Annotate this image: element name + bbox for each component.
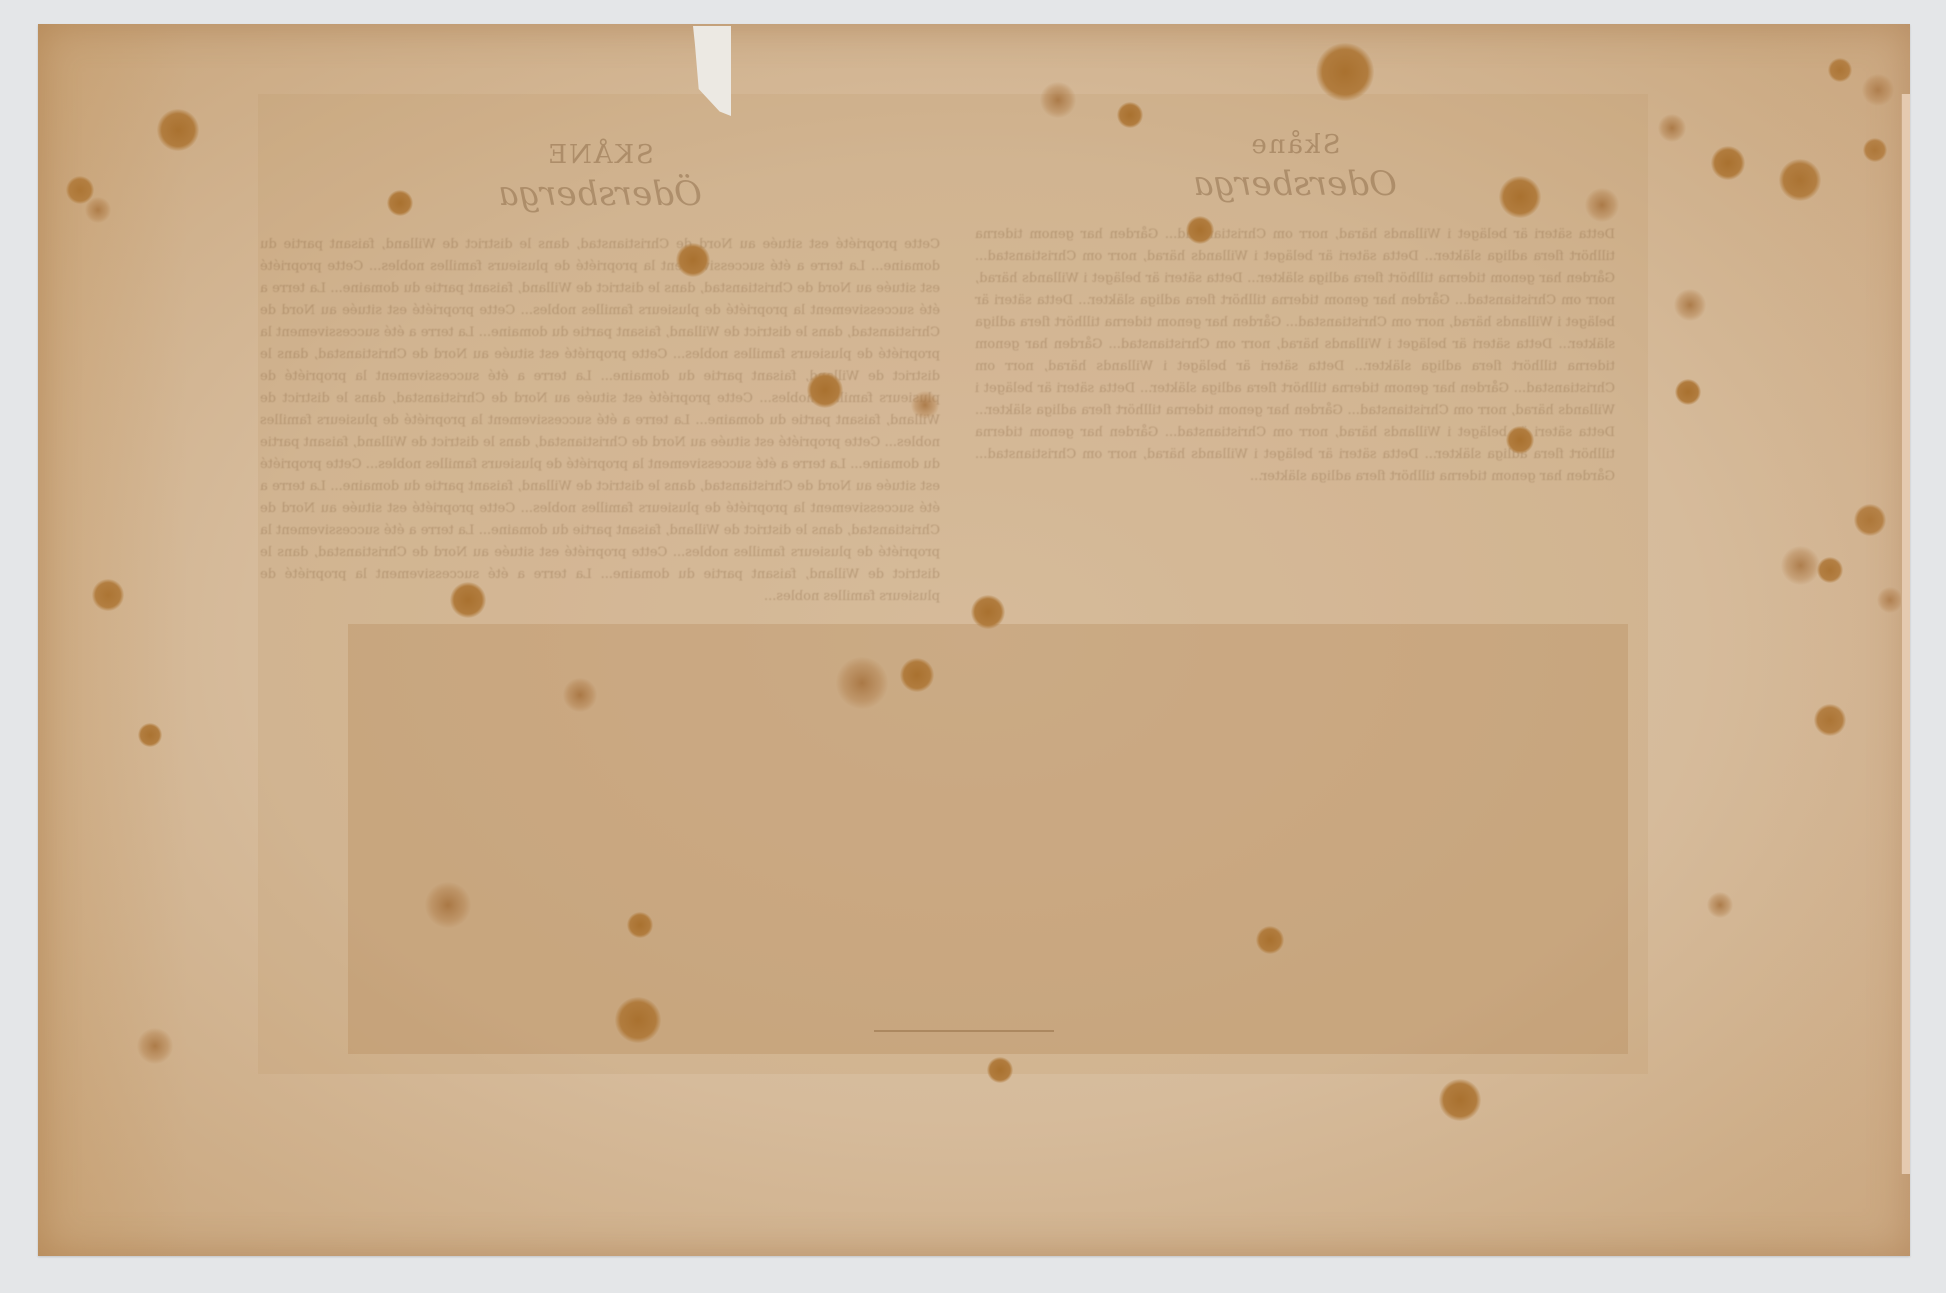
foxing-spot [900, 658, 934, 692]
left-column-body: Cette propriété est située au Nord de Ch… [260, 234, 940, 608]
right-column-title: Skåne [975, 130, 1615, 160]
foxing-spot [1117, 102, 1143, 128]
foxing-spot [1040, 82, 1076, 118]
foxing-spot [1814, 704, 1845, 735]
left-column-subtitle: Ödersberga [260, 174, 940, 214]
foxing-spot [1674, 289, 1705, 320]
foxing-spot [1877, 587, 1903, 613]
mirrored-column-left: SKÅNE Ödersberga Cette propriété est sit… [260, 140, 940, 608]
foxing-spot [1854, 504, 1885, 535]
foxing-spot [971, 595, 1005, 629]
foxing-spot [1675, 379, 1701, 405]
foxing-spot [137, 1028, 173, 1064]
foxing-spot [987, 1057, 1013, 1083]
foxing-spot [1585, 188, 1619, 222]
foxing-spot [676, 243, 710, 277]
foxing-spot [1779, 159, 1821, 201]
foxing-spot [450, 582, 486, 618]
show-through-illustration [348, 624, 1628, 1054]
foxing-spot [1707, 892, 1733, 918]
foxing-spot [85, 197, 111, 223]
foxing-spot [1499, 176, 1541, 218]
foxing-spot [1817, 557, 1843, 583]
torn-right-edge [1901, 94, 1910, 1174]
left-column-title: SKÅNE [260, 140, 940, 170]
foxing-spot [1862, 74, 1893, 105]
foxing-spot [807, 372, 843, 408]
foxing-spot [836, 657, 888, 709]
foxing-spot [1711, 146, 1745, 180]
foxing-spot [387, 190, 413, 216]
foxing-spot [563, 678, 597, 712]
foxing-spot [627, 912, 653, 938]
foxing-spot [1863, 138, 1886, 161]
caption-rule [874, 1030, 1054, 1032]
foxing-spot [1828, 58, 1851, 81]
foxing-spot [1781, 546, 1820, 585]
foxing-spot [1316, 43, 1373, 100]
paper-sheet: SKÅNE Ödersberga Cette propriété est sit… [38, 24, 1910, 1256]
foxing-spot [1439, 1079, 1481, 1121]
foxing-spot [157, 109, 199, 151]
foxing-spot [1658, 114, 1687, 143]
foxing-spot [92, 579, 123, 610]
foxing-spot [138, 723, 161, 746]
